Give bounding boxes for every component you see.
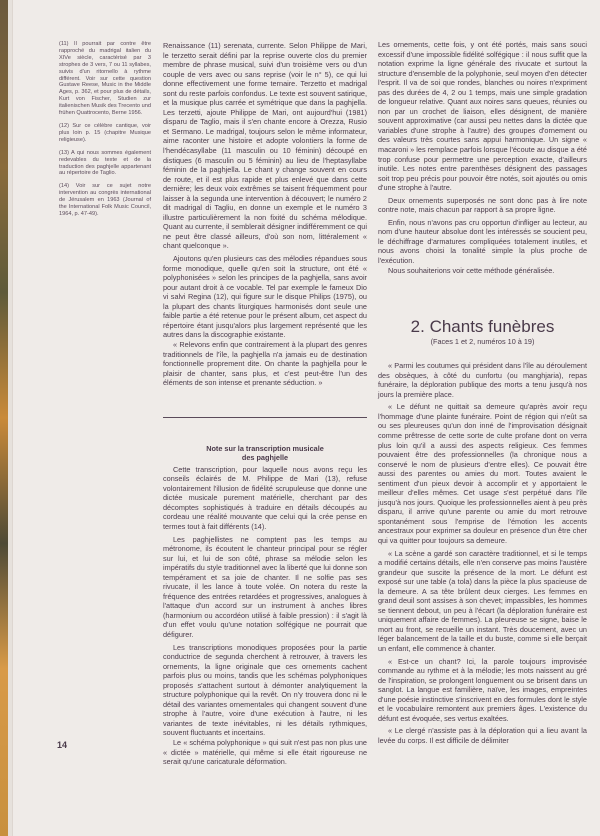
text-column-2: Les ornements, cette fois, y ont été por… xyxy=(378,40,587,745)
section-title: 2. Chants funèbres xyxy=(378,317,587,337)
footnote-12: (12) Sur ce célèbre cantique, voir plus … xyxy=(59,123,151,144)
paragraph: Enfin, nous n'avons pas cru opportun d'i… xyxy=(378,218,587,266)
section-subtitle: (Faces 1 et 2, numéros 10 à 19) xyxy=(378,337,587,347)
paragraph: Nous souhaiterions voir cette méthode gé… xyxy=(378,266,587,276)
page-edge-image-strip xyxy=(0,0,8,836)
paragraph: Renaissance (11) serenata, currente. Sel… xyxy=(163,41,367,251)
footnotes-column: (11) Il pourrait par contre être rapproc… xyxy=(59,41,151,224)
paragraph: Deux ornements superposés ne sont donc p… xyxy=(378,196,587,215)
note-heading-line-2: des paghjelle xyxy=(163,453,367,463)
note-heading: Note sur la transcription musicale des p… xyxy=(163,444,367,463)
footnote-11: (11) Il pourrait par contre être rapproc… xyxy=(59,41,151,117)
page-number: 14 xyxy=(57,740,67,750)
paragraph: Le « schéma polyphonique » qui suit n'es… xyxy=(163,738,367,767)
paragraph: Cette transcription, pour laquelle nous … xyxy=(163,465,367,532)
paragraph: Ajoutons qu'en plusieurs cas des mélodie… xyxy=(163,254,367,340)
section-header: 2. Chants funèbres (Faces 1 et 2, numéro… xyxy=(378,317,587,347)
paragraph: « Relevons enfin que contrairement à la … xyxy=(163,340,367,388)
footnote-13: (13) A qui nous sommes également redevab… xyxy=(59,150,151,178)
paragraph: « Le défunt ne quittait sa demeure qu'ap… xyxy=(378,402,587,545)
section-divider xyxy=(163,417,367,418)
paragraph: Les paghjellistes ne comptent pas les te… xyxy=(163,535,367,640)
paragraph: Les transcriptions monodiques proposées … xyxy=(163,643,367,738)
page-gutter xyxy=(8,0,13,836)
paragraph: « Parmi les coutumes qui président dans … xyxy=(378,361,587,399)
footnote-14: (14) Voir sur ce sujet notre interventio… xyxy=(59,183,151,218)
paragraph: « Le clergé n'assiste pas à la déplorati… xyxy=(378,726,587,745)
paragraph: « La scène a gardé son caractère traditi… xyxy=(378,549,587,654)
note-heading-line-1: Note sur la transcription musicale xyxy=(163,444,367,454)
paragraph: Les ornements, cette fois, y ont été por… xyxy=(378,40,587,193)
paragraph: « Est-ce un chant? Ici, la parole toujou… xyxy=(378,657,587,724)
text-column-1: Renaissance (11) serenata, currente. Sel… xyxy=(163,41,367,767)
